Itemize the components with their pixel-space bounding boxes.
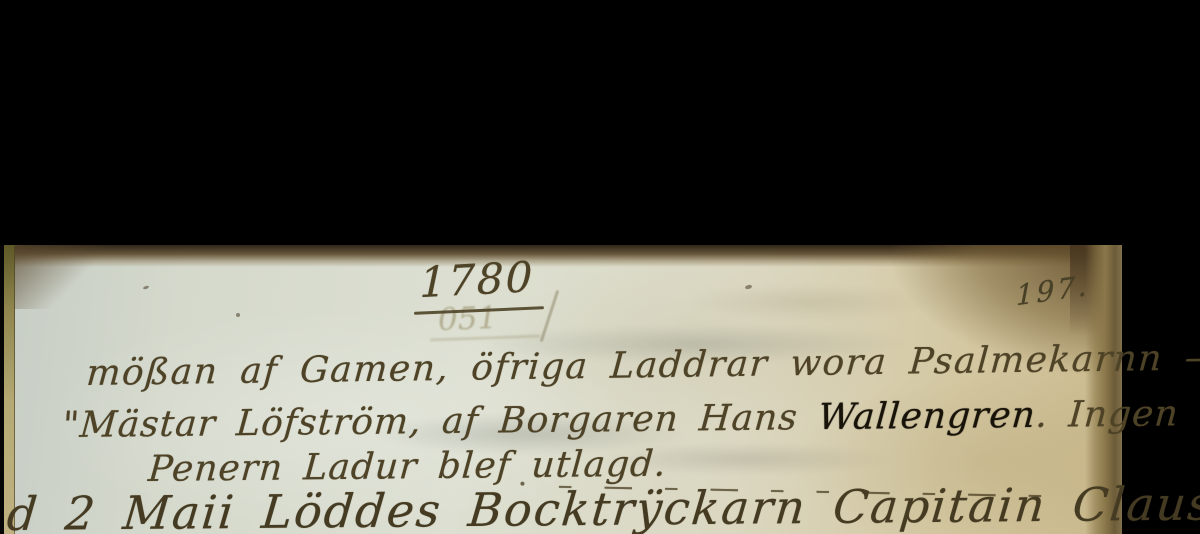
ink-speck [236,313,240,317]
page-left-gutter [0,245,4,534]
letterbox-background: 051 1780 197. mößan af Gamen, öfriga Lad… [0,0,1200,534]
handwritten-line-1: mößan af Gamen, öfriga Laddrar wora Psal… [85,337,1200,394]
year-heading: 1780 [419,252,535,307]
handwritten-line-2-post: . Ingen [1034,393,1180,436]
ink-speck [143,285,150,290]
handwritten-line-2: "Mästar Löfström, af Borgaren Hans Walle… [61,393,1180,446]
handwritten-name-wallengren: Wallengren [817,395,1038,438]
page-corner-stain-top-left [0,245,120,309]
handwritten-line-2-pre: "Mästar Löfström, af Borgaren Hans [61,397,820,446]
ink-bleedthrough-smudge [690,285,930,319]
manuscript-page: 051 1780 197. mößan af Gamen, öfriga Lad… [0,245,1122,534]
